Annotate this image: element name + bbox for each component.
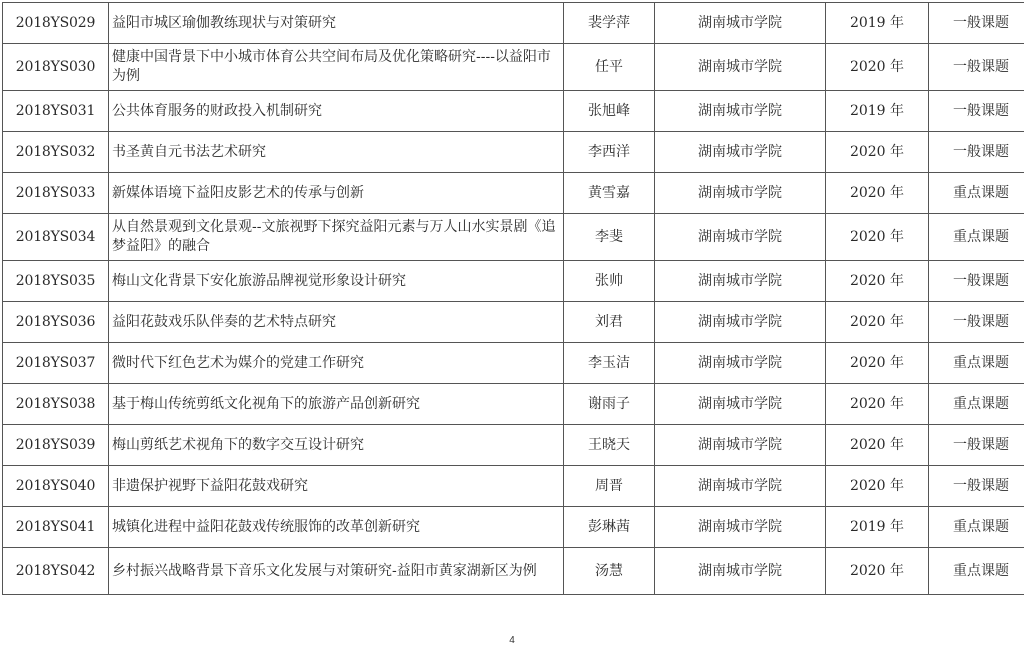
- table-row: 2018YS035 梅山文化背景下安化旅游品牌视觉形象设计研究 张帅 湖南城市学…: [3, 261, 1024, 302]
- institution-cell: 湖南城市学院: [655, 44, 826, 91]
- completion-year-cell: 2020 年: [826, 132, 929, 173]
- completion-year-cell: 2020 年: [826, 343, 929, 384]
- institution-cell: 湖南城市学院: [655, 91, 826, 132]
- completion-year-cell: 2020 年: [826, 548, 929, 595]
- project-type-cell: 一般课题: [929, 44, 1024, 91]
- table-row: 2018YS040 非遗保护视野下益阳花鼓戏研究 周晋 湖南城市学院 2020 …: [3, 466, 1024, 507]
- project-leader-cell: 裴学萍: [564, 3, 655, 44]
- project-type-cell: 重点课题: [929, 548, 1024, 595]
- project-leader-cell: 彭琳茜: [564, 507, 655, 548]
- project-type-cell: 重点课题: [929, 214, 1024, 261]
- project-leader-cell: 张帅: [564, 261, 655, 302]
- project-title-cell: 乡村振兴战略背景下音乐文化发展与对策研究-益阳市黄家湖新区为例: [109, 548, 564, 595]
- project-id-cell: 2018YS037: [3, 343, 109, 384]
- project-id-cell: 2018YS030: [3, 44, 109, 91]
- project-type-cell: 一般课题: [929, 132, 1024, 173]
- institution-cell: 湖南城市学院: [655, 214, 826, 261]
- table-row: 2018YS036 益阳花鼓戏乐队伴奏的艺术特点研究 刘君 湖南城市学院 202…: [3, 302, 1024, 343]
- institution-cell: 湖南城市学院: [655, 173, 826, 214]
- completion-year-cell: 2020 年: [826, 466, 929, 507]
- project-id-cell: 2018YS041: [3, 507, 109, 548]
- project-id-cell: 2018YS042: [3, 548, 109, 595]
- project-title-cell: 新媒体语境下益阳皮影艺术的传承与创新: [109, 173, 564, 214]
- table-row: 2018YS030 健康中国背景下中小城市体育公共空间布局及优化策略研究----…: [3, 44, 1024, 91]
- project-leader-cell: 李玉洁: [564, 343, 655, 384]
- project-type-cell: 重点课题: [929, 507, 1024, 548]
- institution-cell: 湖南城市学院: [655, 3, 826, 44]
- completion-year-cell: 2019 年: [826, 507, 929, 548]
- project-id-cell: 2018YS040: [3, 466, 109, 507]
- completion-year-cell: 2020 年: [826, 425, 929, 466]
- completion-year-cell: 2020 年: [826, 302, 929, 343]
- project-leader-cell: 王晓天: [564, 425, 655, 466]
- institution-cell: 湖南城市学院: [655, 261, 826, 302]
- completion-year-cell: 2019 年: [826, 91, 929, 132]
- project-leader-cell: 李西洋: [564, 132, 655, 173]
- project-leader-cell: 任平: [564, 44, 655, 91]
- project-id-cell: 2018YS035: [3, 261, 109, 302]
- project-table: 2018YS029 益阳市城区瑜伽教练现状与对策研究 裴学萍 湖南城市学院 20…: [2, 2, 1024, 595]
- institution-cell: 湖南城市学院: [655, 548, 826, 595]
- table-row: 2018YS034 从自然景观到文化景观--文旅视野下探究益阳元素与万人山水实景…: [3, 214, 1024, 261]
- project-id-cell: 2018YS039: [3, 425, 109, 466]
- project-title-cell: 公共体育服务的财政投入机制研究: [109, 91, 564, 132]
- table-row: 2018YS039 梅山剪纸艺术视角下的数字交互设计研究 王晓天 湖南城市学院 …: [3, 425, 1024, 466]
- project-id-cell: 2018YS038: [3, 384, 109, 425]
- completion-year-cell: 2020 年: [826, 44, 929, 91]
- institution-cell: 湖南城市学院: [655, 343, 826, 384]
- table-row: 2018YS032 书圣黄自元书法艺术研究 李西洋 湖南城市学院 2020 年 …: [3, 132, 1024, 173]
- institution-cell: 湖南城市学院: [655, 384, 826, 425]
- completion-year-cell: 2020 年: [826, 261, 929, 302]
- project-leader-cell: 谢雨子: [564, 384, 655, 425]
- institution-cell: 湖南城市学院: [655, 425, 826, 466]
- institution-cell: 湖南城市学院: [655, 507, 826, 548]
- project-type-cell: 一般课题: [929, 466, 1024, 507]
- institution-cell: 湖南城市学院: [655, 466, 826, 507]
- project-title-cell: 微时代下红色艺术为媒介的党建工作研究: [109, 343, 564, 384]
- project-id-cell: 2018YS033: [3, 173, 109, 214]
- project-title-cell: 梅山剪纸艺术视角下的数字交互设计研究: [109, 425, 564, 466]
- table-row: 2018YS031 公共体育服务的财政投入机制研究 张旭峰 湖南城市学院 201…: [3, 91, 1024, 132]
- project-id-cell: 2018YS032: [3, 132, 109, 173]
- project-type-cell: 一般课题: [929, 261, 1024, 302]
- table-row: 2018YS029 益阳市城区瑜伽教练现状与对策研究 裴学萍 湖南城市学院 20…: [3, 3, 1024, 44]
- table-row: 2018YS033 新媒体语境下益阳皮影艺术的传承与创新 黄雪嘉 湖南城市学院 …: [3, 173, 1024, 214]
- page-number: 4: [0, 635, 1024, 646]
- completion-year-cell: 2020 年: [826, 384, 929, 425]
- project-type-cell: 一般课题: [929, 425, 1024, 466]
- institution-cell: 湖南城市学院: [655, 302, 826, 343]
- project-title-cell: 梅山文化背景下安化旅游品牌视觉形象设计研究: [109, 261, 564, 302]
- project-title-cell: 书圣黄自元书法艺术研究: [109, 132, 564, 173]
- project-type-cell: 一般课题: [929, 302, 1024, 343]
- project-type-cell: 一般课题: [929, 91, 1024, 132]
- completion-year-cell: 2020 年: [826, 173, 929, 214]
- project-type-cell: 重点课题: [929, 343, 1024, 384]
- project-leader-cell: 汤慧: [564, 548, 655, 595]
- completion-year-cell: 2019 年: [826, 3, 929, 44]
- project-leader-cell: 黄雪嘉: [564, 173, 655, 214]
- project-id-cell: 2018YS036: [3, 302, 109, 343]
- table-row: 2018YS042 乡村振兴战略背景下音乐文化发展与对策研究-益阳市黄家湖新区为…: [3, 548, 1024, 595]
- completion-year-cell: 2020 年: [826, 214, 929, 261]
- project-title-cell: 益阳花鼓戏乐队伴奏的艺术特点研究: [109, 302, 564, 343]
- project-title-cell: 从自然景观到文化景观--文旅视野下探究益阳元素与万人山水实景剧《追梦益阳》的融合: [109, 214, 564, 261]
- project-id-cell: 2018YS029: [3, 3, 109, 44]
- project-title-cell: 健康中国背景下中小城市体育公共空间布局及优化策略研究----以益阳市为例: [109, 44, 564, 91]
- table-row: 2018YS041 城镇化进程中益阳花鼓戏传统服饰的改革创新研究 彭琳茜 湖南城…: [3, 507, 1024, 548]
- project-type-cell: 重点课题: [929, 384, 1024, 425]
- project-table-body: 2018YS029 益阳市城区瑜伽教练现状与对策研究 裴学萍 湖南城市学院 20…: [3, 3, 1024, 595]
- project-title-cell: 益阳市城区瑜伽教练现状与对策研究: [109, 3, 564, 44]
- project-title-cell: 基于梅山传统剪纸文化视角下的旅游产品创新研究: [109, 384, 564, 425]
- project-leader-cell: 周晋: [564, 466, 655, 507]
- project-id-cell: 2018YS031: [3, 91, 109, 132]
- project-title-cell: 城镇化进程中益阳花鼓戏传统服饰的改革创新研究: [109, 507, 564, 548]
- project-id-cell: 2018YS034: [3, 214, 109, 261]
- table-row: 2018YS037 微时代下红色艺术为媒介的党建工作研究 李玉洁 湖南城市学院 …: [3, 343, 1024, 384]
- project-type-cell: 重点课题: [929, 173, 1024, 214]
- project-leader-cell: 张旭峰: [564, 91, 655, 132]
- project-type-cell: 一般课题: [929, 3, 1024, 44]
- project-title-cell: 非遗保护视野下益阳花鼓戏研究: [109, 466, 564, 507]
- project-leader-cell: 刘君: [564, 302, 655, 343]
- project-leader-cell: 李斐: [564, 214, 655, 261]
- institution-cell: 湖南城市学院: [655, 132, 826, 173]
- table-row: 2018YS038 基于梅山传统剪纸文化视角下的旅游产品创新研究 谢雨子 湖南城…: [3, 384, 1024, 425]
